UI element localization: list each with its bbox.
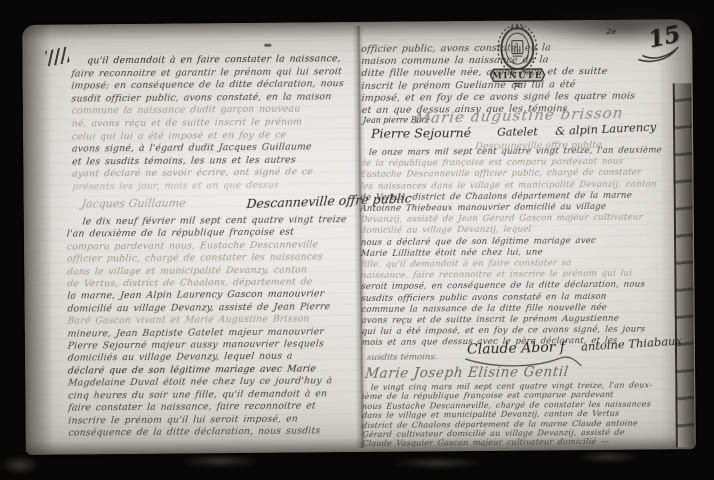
signature-jacques-guillaume: Jacques Guillaume (81, 197, 187, 211)
signature-gatelet: Gatelet (497, 125, 538, 138)
stamp-banner-label: MINUTE (492, 71, 542, 81)
background-smudge (390, 458, 485, 468)
background-smudge (180, 455, 260, 467)
manuscript-line: conséquence de la ditte déclaration, nou… (68, 425, 349, 440)
signature-claude-abor: Claude Abor f (467, 339, 565, 358)
background-smudge (575, 452, 640, 462)
ink-speck (264, 44, 271, 47)
stacked-page-edges (673, 83, 695, 447)
right-paragraph-3: le vingt cinq mars mil sept cent quatre … (361, 380, 652, 448)
left-page: qu'il demandoit à en faire constater la … (22, 19, 692, 25)
entry-heading-marie-joseph: Marie Joseph Elisine Gentil (364, 364, 569, 382)
left-paragraph-2: le dix neuf février mil sept cent quatre… (66, 214, 348, 440)
page-number-flourish-icon (636, 45, 682, 63)
signature-alpin-laurency: & alpin Laurency (555, 120, 657, 138)
manuscript-line: Claude Vasquier Gascon majeur cultivateu… (362, 437, 653, 449)
marginal-note: 2e (606, 27, 616, 36)
folio-number-block: 15 (622, 21, 692, 68)
right-paragraph-2: le onze mars mil sept cent quatre vingt … (359, 145, 663, 349)
manuscript-paper: qu'il demandoit à en faire constater la … (22, 19, 696, 455)
left-paragraph-1: qu'il demandoit à en faire constater la … (70, 53, 344, 194)
margin-flourish-icon (45, 46, 70, 66)
paragraph-closing: susdits témoins. (367, 352, 438, 363)
right-page: officier public, avons constaté, en la m… (22, 19, 692, 25)
scanned-register-spread: qu'il demandoit à en faire constater la … (0, 0, 714, 480)
minute-stamp: MINUTE (488, 22, 547, 89)
background-smudge (0, 456, 40, 474)
signature-pierre-sejourne: Pierre Sejourné (371, 125, 471, 141)
